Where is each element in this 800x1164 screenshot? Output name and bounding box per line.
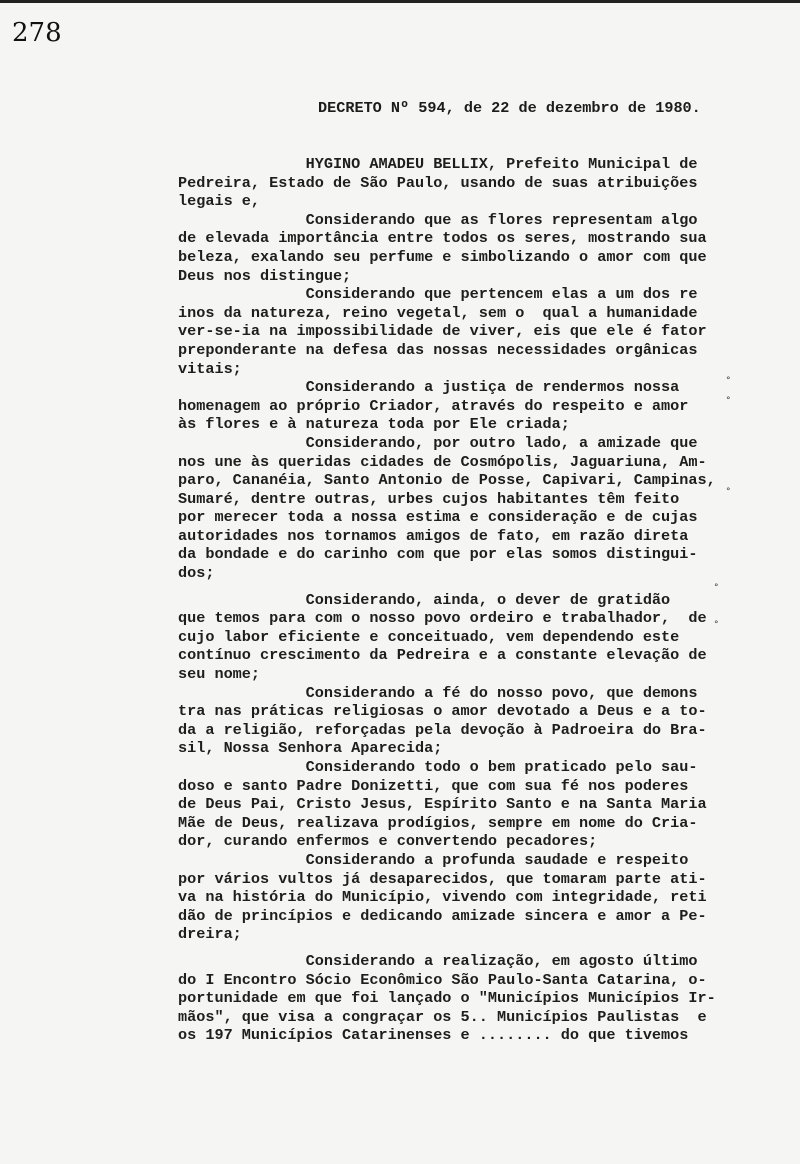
- text-line: beleza, exalando seu perfume e simboliza…: [178, 248, 738, 267]
- text-line: do I Encontro Sócio Econômico São Paulo-…: [178, 971, 738, 990]
- text-line: de elevada importância entre todos os se…: [178, 229, 738, 248]
- scan-top-edge: [0, 0, 800, 3]
- margin-mark: °: [726, 376, 731, 386]
- margin-mark: °: [714, 620, 719, 630]
- text-line: Considerando que as flores representam a…: [178, 211, 738, 230]
- text-line: da a religião, reforçadas pela devoção à…: [178, 721, 738, 740]
- margin-mark: °: [726, 487, 731, 497]
- text-line: Deus nos distingue;: [178, 267, 738, 286]
- text-line: inos da natureza, reino vegetal, sem o q…: [178, 304, 738, 323]
- text-line: ver-se-ia na impossibilidade de viver, e…: [178, 322, 738, 341]
- text-line: dos;: [178, 564, 738, 583]
- paragraph-gap: [178, 944, 738, 952]
- text-line: nos une às queridas cidades de Cosmópoli…: [178, 453, 738, 472]
- decree-title: DECRETO Nº 594, de 22 de dezembro de 198…: [318, 99, 701, 117]
- text-line: preponderante na defesa das nossas neces…: [178, 341, 738, 360]
- text-line: Considerando a realização, em agosto últ…: [178, 952, 738, 971]
- text-line: dreira;: [178, 925, 738, 944]
- text-line: portunidade em que foi lançado o "Municí…: [178, 989, 738, 1008]
- text-line: Considerando a profunda saudade e respei…: [178, 851, 738, 870]
- text-line: Mãe de Deus, realizava prodígios, sempre…: [178, 814, 738, 833]
- text-line: que temos para com o nosso povo ordeiro …: [178, 609, 738, 628]
- text-line: por vários vultos já desaparecidos, que …: [178, 870, 738, 889]
- text-line: sil, Nossa Senhora Aparecida;: [178, 739, 738, 758]
- page-number: 278: [12, 18, 62, 48]
- text-line: por merecer toda a nossa estima e consid…: [178, 508, 738, 527]
- text-line: HYGINO AMADEU BELLIX, Prefeito Municipal…: [178, 155, 738, 174]
- text-line: dão de princípios e dedicando amizade si…: [178, 907, 738, 926]
- text-line: homenagem ao próprio Criador, através do…: [178, 397, 738, 416]
- text-line: contínuo crescimento da Pedreira e a con…: [178, 646, 738, 665]
- text-line: Considerando a justiça de rendermos noss…: [178, 378, 738, 397]
- text-line: Considerando, por outro lado, a amizade …: [178, 434, 738, 453]
- text-line: vitais;: [178, 360, 738, 379]
- text-line: Sumaré, dentre outras, urbes cujos habit…: [178, 490, 738, 509]
- text-line: Considerando todo o bem praticado pelo s…: [178, 758, 738, 777]
- margin-mark: °: [714, 583, 719, 593]
- text-line: autoridades nos tornamos amigos de fato,…: [178, 527, 738, 546]
- text-line: dor, curando enfermos e convertendo peca…: [178, 832, 738, 851]
- text-line: os 197 Municípios Catarinenses e .......…: [178, 1026, 738, 1045]
- paragraph-gap: [178, 583, 738, 591]
- text-line: de Deus Pai, Cristo Jesus, Espírito Sant…: [178, 795, 738, 814]
- text-line: legais e,: [178, 192, 738, 211]
- margin-mark: °: [726, 396, 731, 406]
- document-page: 278 DECRETO Nº 594, de 22 de dezembro de…: [0, 0, 800, 1164]
- text-line: seu nome;: [178, 665, 738, 684]
- text-line: da bondade e do carinho com que por elas…: [178, 545, 738, 564]
- text-line: Considerando que pertencem elas a um dos…: [178, 285, 738, 304]
- text-line: mãos", que visa a congraçar os 5.. Munic…: [178, 1008, 738, 1027]
- decree-body: HYGINO AMADEU BELLIX, Prefeito Municipal…: [178, 155, 738, 1045]
- text-line: Considerando a fé do nosso povo, que dem…: [178, 684, 738, 703]
- text-line: Pedreira, Estado de São Paulo, usando de…: [178, 174, 738, 193]
- text-line: cujo labor eficiente e conceituado, vem …: [178, 628, 738, 647]
- text-line: às flores e à natureza toda por Ele cria…: [178, 415, 738, 434]
- text-line: doso e santo Padre Donizetti, que com su…: [178, 777, 738, 796]
- text-line: paro, Cananéia, Santo Antonio de Posse, …: [178, 471, 738, 490]
- text-line: tra nas práticas religiosas o amor devot…: [178, 702, 738, 721]
- text-line: va na história do Município, vivendo com…: [178, 888, 738, 907]
- text-line: Considerando, ainda, o dever de gratidão: [178, 591, 738, 610]
